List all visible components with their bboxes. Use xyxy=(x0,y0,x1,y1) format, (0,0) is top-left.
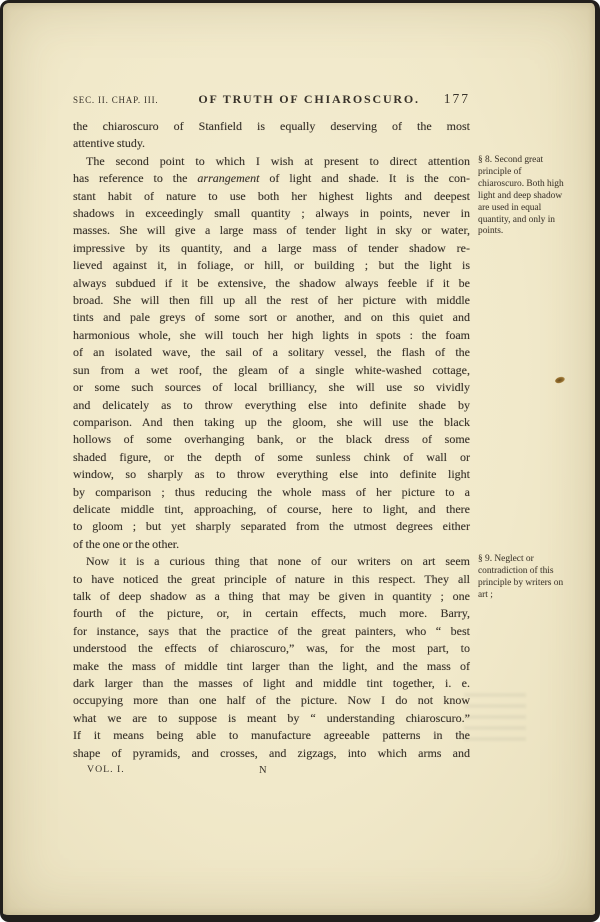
text-line: lieved against it, in foliage, or hill, … xyxy=(73,257,470,274)
page-number: 177 xyxy=(444,91,470,107)
running-title: OF TRUTH OF CHIAROSCURO. xyxy=(198,92,419,107)
text-line: shape of pyramids, and crosses, and zigz… xyxy=(73,745,470,762)
text-line: Now it is a curious thing that none of o… xyxy=(73,553,470,570)
text-line: or some such sources of local brilliancy… xyxy=(73,379,470,396)
text-line: talk of deep shadow as a thing that may … xyxy=(73,588,470,605)
text-line: and delicately as to throw everything el… xyxy=(73,397,470,414)
foxing-spot xyxy=(554,376,565,385)
page-header: SEC. II. CHAP. III. OF TRUTH OF CHIAROSC… xyxy=(73,91,470,107)
text-line: masses. She will give a large mass of te… xyxy=(73,222,470,239)
text-line: impressive by its quantity, and a large … xyxy=(73,240,470,257)
text-line: dark larger than the masses of light and… xyxy=(73,675,470,692)
text-segment: has reference to the xyxy=(73,171,197,185)
body-text-column: the chiaroscuro of Stanfield is equally … xyxy=(73,118,470,762)
text-line: broad. She will then fill up all the res… xyxy=(73,292,470,309)
text-line: If it means being able to manufacture ag… xyxy=(73,727,470,744)
margin-note-section-9: § 9. Neglect or contradiction of this pr… xyxy=(478,554,564,602)
text-line: the chiaroscuro of Stanfield is equally … xyxy=(73,118,470,135)
text-line: shaded figure, or the depth of some sunl… xyxy=(73,449,470,466)
text-line: sun from a wet roof, the gleam of a sing… xyxy=(73,362,470,379)
margin-note-section-8: § 8. Second great principle of chiaroscu… xyxy=(478,155,564,238)
text-line-with-italic: has reference to the arrangement of ligh… xyxy=(73,170,470,187)
text-line: of an isolated wave, the sail of a solit… xyxy=(73,344,470,361)
text-line: comparison. And then taking up the gloom… xyxy=(73,414,470,431)
text-line: to have noticed the great principle of n… xyxy=(73,571,470,588)
page-footer: VOL. I. N xyxy=(73,764,470,780)
text-line: occupying more than one half of the pict… xyxy=(73,692,470,709)
text-line: attentive study. xyxy=(73,135,470,152)
signature-mark: N xyxy=(259,765,268,776)
text-line: by comparison ; thus reducing the whole … xyxy=(73,484,470,501)
text-line: of the one or the other. xyxy=(73,536,470,553)
italic-word: arrangement xyxy=(197,171,259,185)
volume-label: VOL. I. xyxy=(87,764,125,775)
section-chapter-label: SEC. II. CHAP. III. xyxy=(73,95,158,105)
text-line: fourth of the picture, or, in certain ef… xyxy=(73,605,470,622)
text-line: tints and pale greys of some sort or ano… xyxy=(73,309,470,326)
text-line: for instance, says that the practice of … xyxy=(73,623,470,640)
text-line: understood the effects of chiaroscuro,” … xyxy=(73,640,470,657)
text-line: The second point to which I wish at pres… xyxy=(73,153,470,170)
text-line: shadows in exceedingly small quantity ; … xyxy=(73,205,470,222)
text-line: delicate middle tint, approaching, of co… xyxy=(73,501,470,518)
text-line: hollows of some overhanging bank, or the… xyxy=(73,431,470,448)
text-line: harmonious whole, she will touch her hig… xyxy=(73,327,470,344)
text-line: always subdued if it be extensive, the s… xyxy=(73,275,470,292)
text-line: what we are to suppose is meant by “ und… xyxy=(73,710,470,727)
text-line: window, so sharply as to throw everythin… xyxy=(73,466,470,483)
text-line: make the mass of middle tint larger than… xyxy=(73,658,470,675)
text-segment: of light and shade. It is the con- xyxy=(259,171,470,185)
scanned-book-page: SEC. II. CHAP. III. OF TRUTH OF CHIAROSC… xyxy=(0,0,600,922)
text-line: stant habit of nature to use both her hi… xyxy=(73,188,470,205)
show-through-ghost-text xyxy=(464,693,526,743)
text-line: to gloom ; but yet sharply separated fro… xyxy=(73,518,470,535)
